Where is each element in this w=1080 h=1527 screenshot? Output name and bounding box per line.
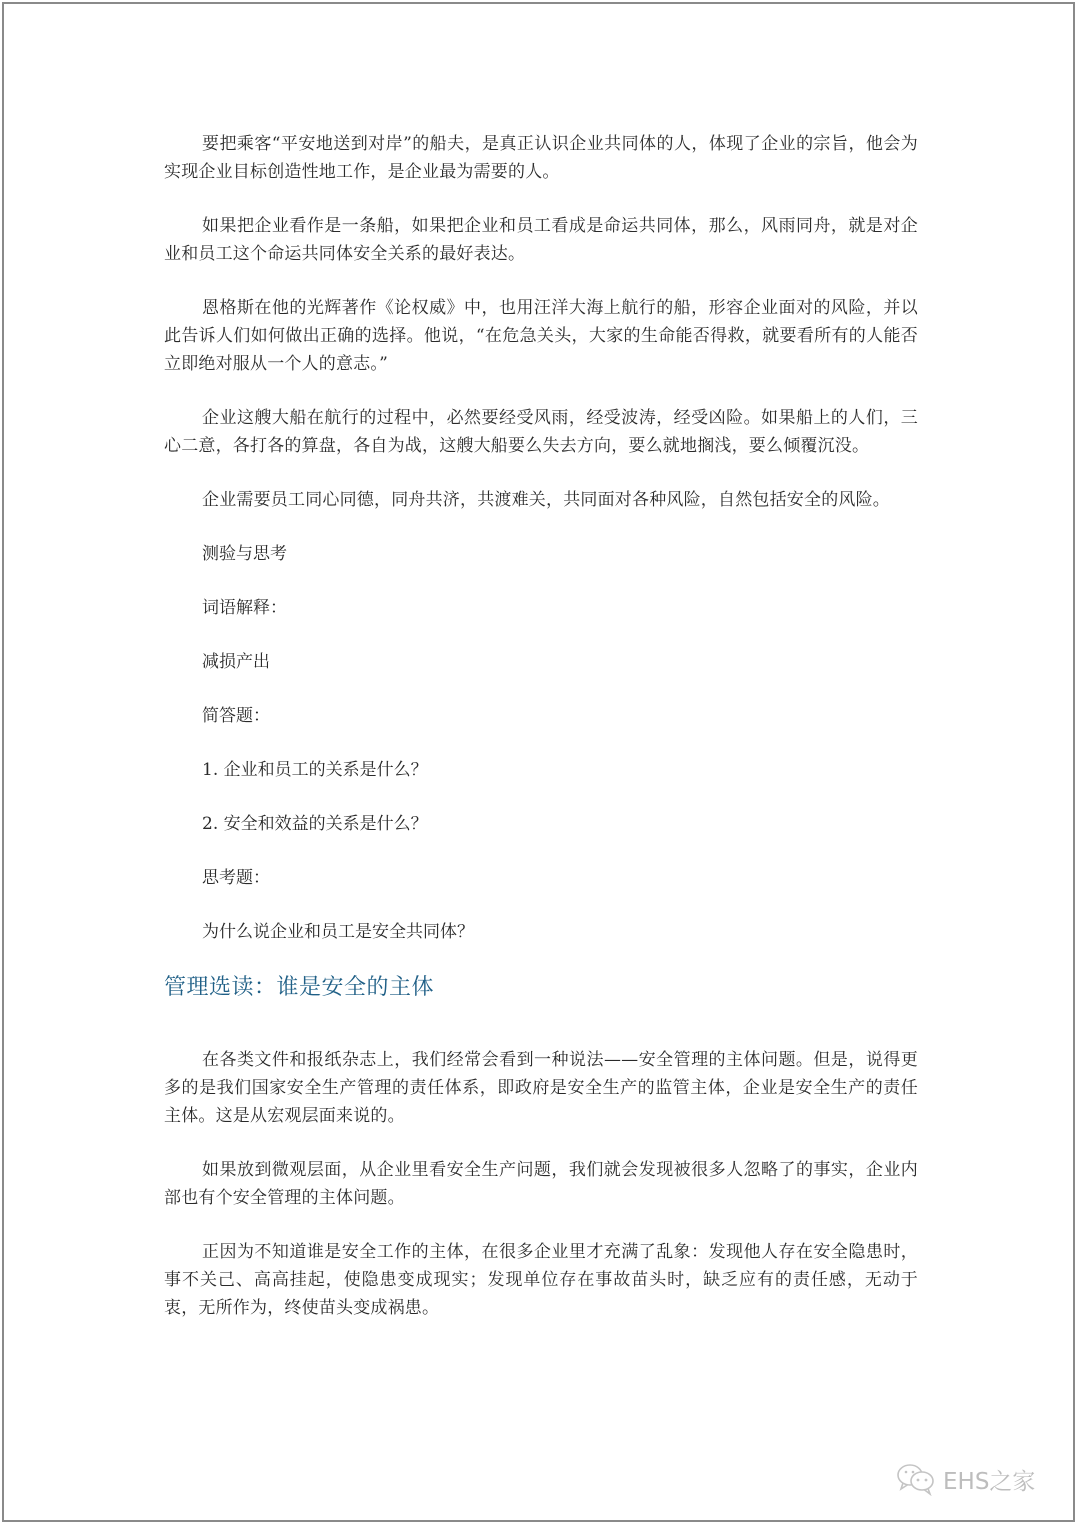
thinking-label: 思考题： [202,864,918,892]
paragraph: 企业需要员工同心同德，同舟共济，共渡难关，共同面对各种风险，自然包括安全的风险。 [164,486,918,514]
thinking-question: 为什么说企业和员工是安全共同体？ [202,918,918,946]
paragraph: 企业这艘大船在航行的过程中，必然要经受风雨，经受波涛，经受凶险。如果船上的人们，… [164,404,918,460]
paragraph: 在各类文件和报纸杂志上，我们经常会看到一种说法——安全管理的主体问题。但是，说得… [164,1046,918,1130]
question-1: 1. 企业和员工的关系是什么？ [202,756,918,784]
term: 减损产出 [202,648,918,676]
section-heading: 管理选读：谁是安全的主体 [164,972,918,1004]
paragraph: 如果把企业看作是一条船，如果把企业和员工看成是命运共同体，那么，风雨同舟，就是对… [164,212,918,268]
term-label: 词语解释： [202,594,918,622]
watermark: EHS之家 [895,1462,1035,1496]
short-answer-label: 简答题： [202,702,918,730]
watermark-text: EHS之家 [943,1463,1035,1496]
question-2: 2. 安全和效益的关系是什么？ [202,810,918,838]
paragraph: 如果放到微观层面，从企业里看安全生产问题，我们就会发现被很多人忽略了的事实，企业… [164,1156,918,1212]
document-body: 要把乘客“平安地送到对岸”的船夫，是真正认识企业共同体的人，体现了企业的宗旨，他… [164,130,918,1348]
paragraph: 要把乘客“平安地送到对岸”的船夫，是真正认识企业共同体的人，体现了企业的宗旨，他… [164,130,918,186]
paragraph: 正因为不知道谁是安全工作的主体，在很多企业里才充满了乱象：发现他人存在安全隐患时… [164,1238,918,1322]
quiz-section: 测验与思考 词语解释： 减损产出 简答题： 1. 企业和员工的关系是什么？ 2.… [164,540,918,946]
wechat-icon [895,1462,937,1496]
paragraph: 恩格斯在他的光辉著作《论权威》中，也用汪洋大海上航行的船，形容企业面对的风险，并… [164,294,918,378]
quiz-title: 测验与思考 [202,540,918,568]
